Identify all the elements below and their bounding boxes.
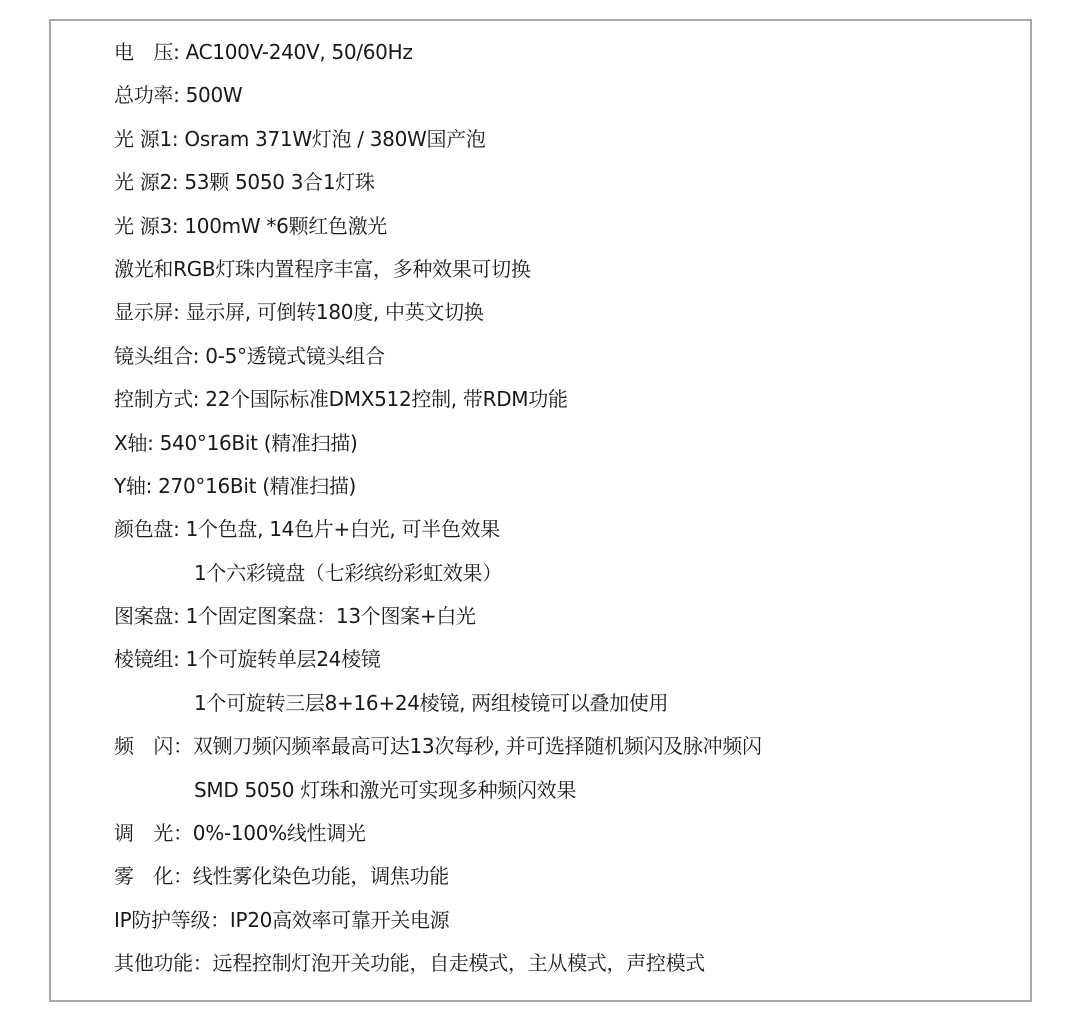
spec-color-wheel-cont: 1个六彩镜盘（七彩缤纷彩虹效果）: [114, 552, 762, 595]
spec-frost: 雾 化：线性雾化染色功能，调焦功能: [114, 855, 762, 898]
spec-total-power: 总功率: 500W: [114, 74, 762, 117]
spec-light-source-3: 光 源3: 100mW *6颗红色激光: [114, 205, 762, 248]
spec-y-axis: Y轴: 270°16Bit (精准扫描): [114, 465, 762, 508]
spec-prism: 棱镜组: 1个可旋转单层24棱镜: [114, 638, 762, 681]
spec-light-source-1: 光 源1: Osram 371W灯泡 / 380W国产泡: [114, 118, 762, 161]
spec-display: 显示屏: 显示屏, 可倒转180度, 中英文切换: [114, 291, 762, 334]
spec-list: 电 压: AC100V-240V, 50/60Hz 总功率: 500W 光 源1…: [114, 31, 762, 986]
spec-dimming: 调 光：0%-100%线性调光: [114, 812, 762, 855]
spec-lens: 镜头组合: 0-5°透镜式镜头组合: [114, 335, 762, 378]
spec-gobo-wheel: 图案盘: 1个固定图案盘：13个图案+白光: [114, 595, 762, 638]
spec-other-functions: 其他功能：远程控制灯泡开关功能，自走模式，主从模式，声控模式: [114, 942, 762, 985]
spec-strobe-cont: SMD 5050 灯珠和激光可实现多种频闪效果: [114, 769, 762, 812]
spec-x-axis: X轴: 540°16Bit (精准扫描): [114, 422, 762, 465]
spec-control: 控制方式: 22个国际标准DMX512控制, 带RDM功能: [114, 378, 762, 421]
spec-strobe: 频 闪：双铡刀频闪频率最高可达13次每秒, 并可选择随机频闪及脉冲频闪: [114, 725, 762, 768]
spec-prism-cont: 1个可旋转三层8+16+24棱镜, 两组棱镜可以叠加使用: [114, 682, 762, 725]
spec-color-wheel: 颜色盘: 1个色盘, 14色片+白光, 可半色效果: [114, 508, 762, 551]
spec-programs: 激光和RGB灯珠内置程序丰富，多种效果可切换: [114, 248, 762, 291]
spec-voltage: 电 压: AC100V-240V, 50/60Hz: [114, 31, 762, 74]
spec-light-source-2: 光 源2: 53颗 5050 3合1灯珠: [114, 161, 762, 204]
spec-ip-rating: IP防护等级：IP20高效率可靠开关电源: [114, 899, 762, 942]
